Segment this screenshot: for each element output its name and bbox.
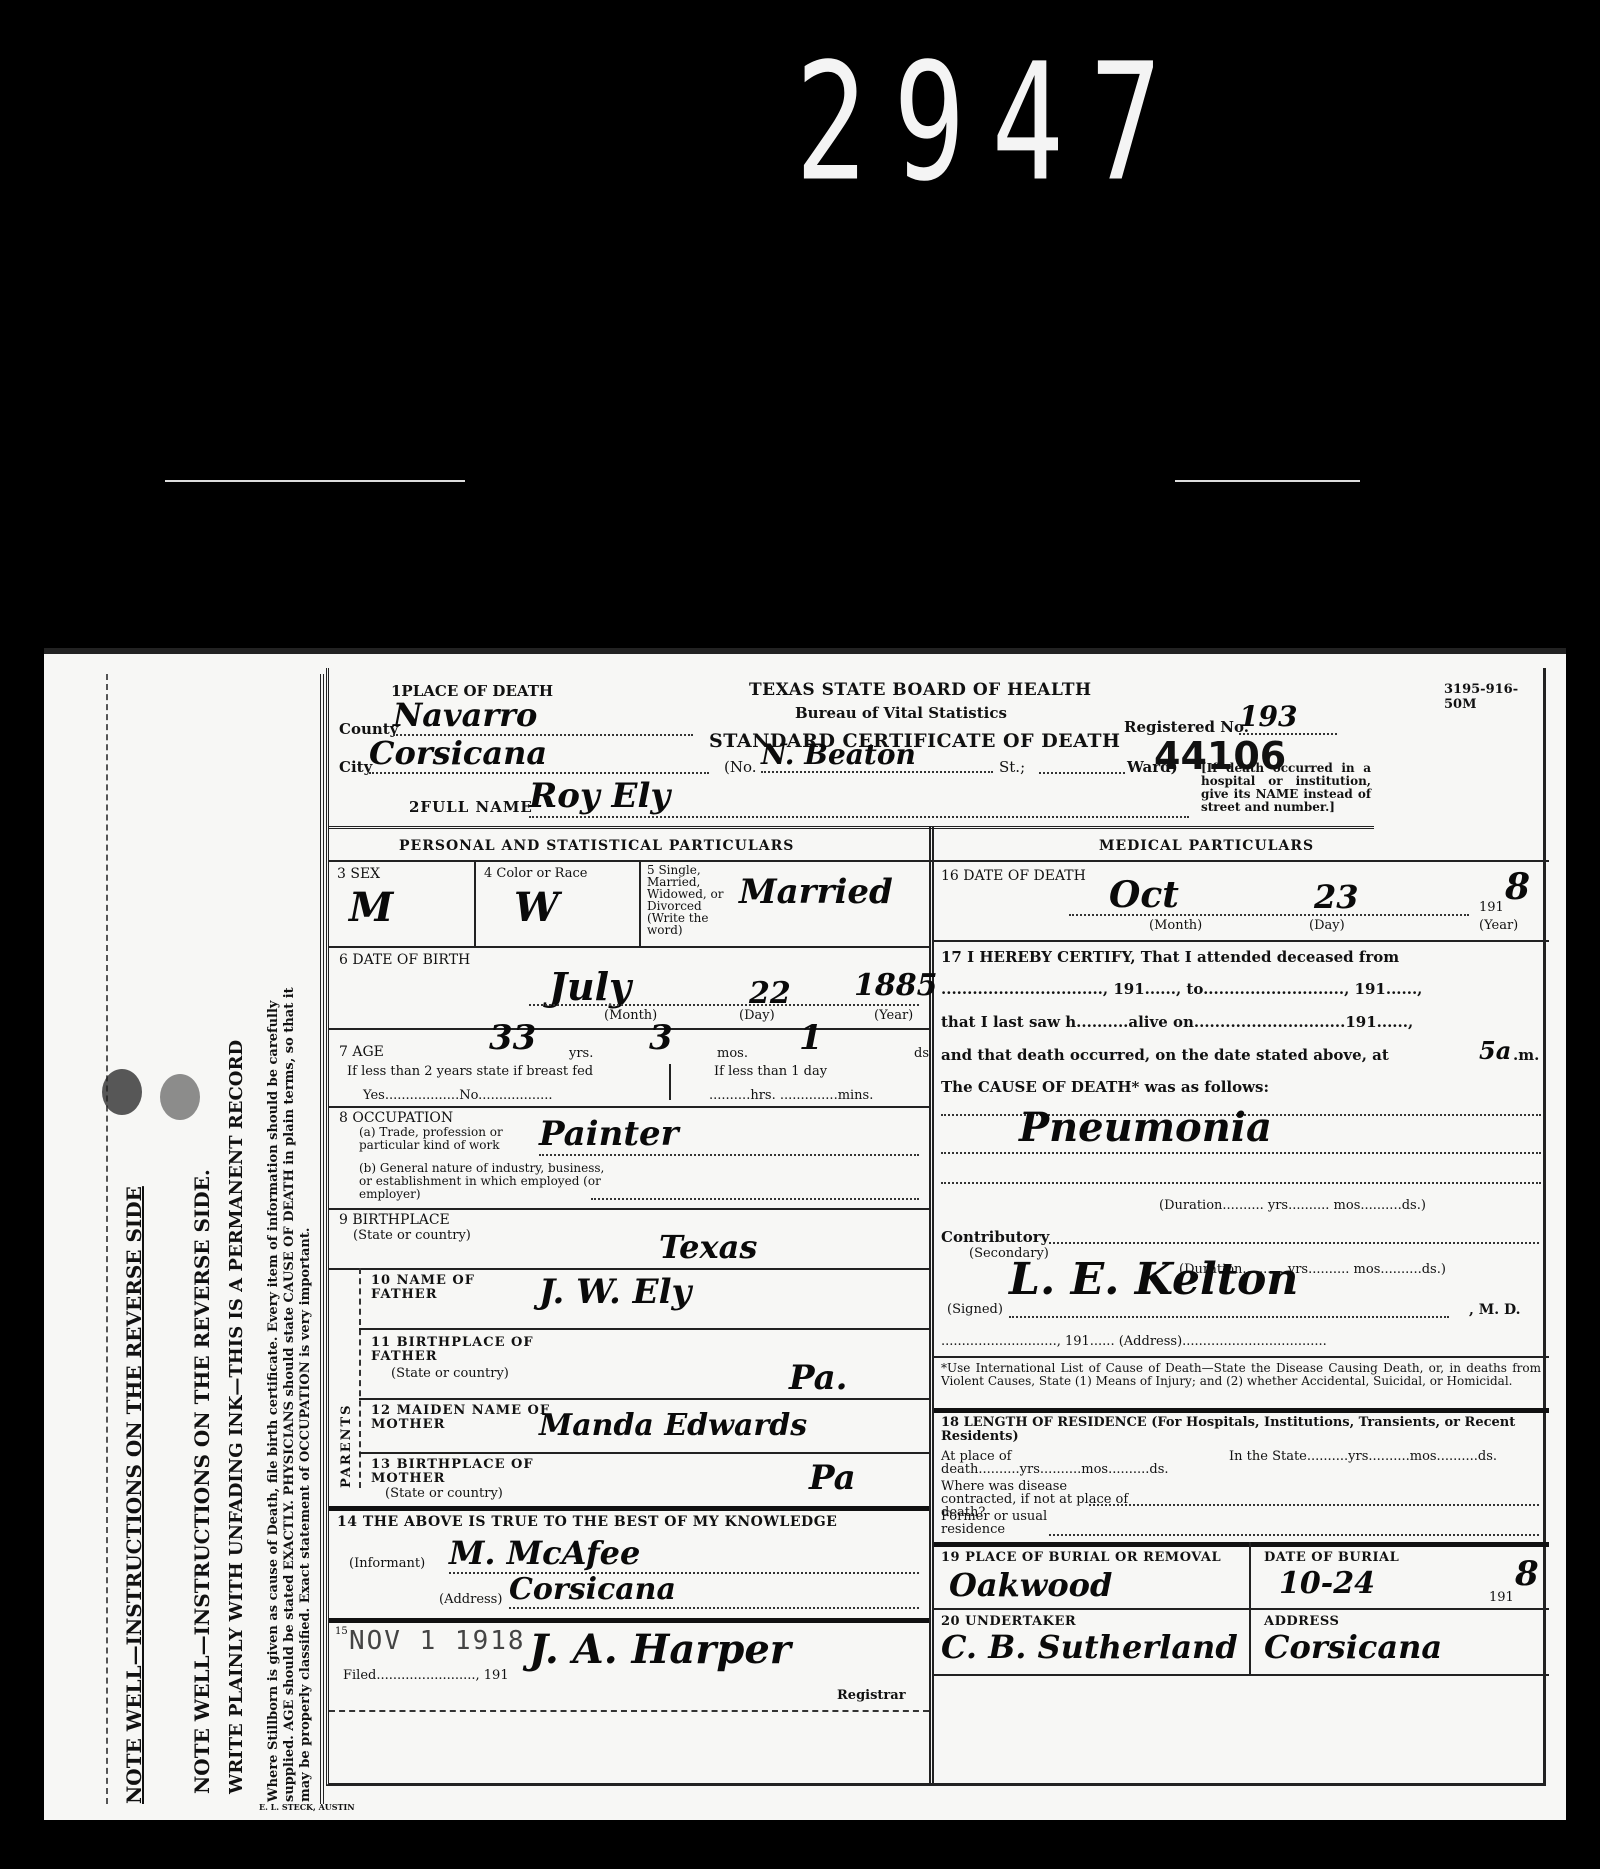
filed-label: Filed........................, 191: [343, 1668, 509, 1683]
dod-year-suffix: 8: [1505, 866, 1530, 908]
dod-month-caption: (Month): [1149, 918, 1202, 933]
mother-name-value: Manda Edwards: [539, 1408, 807, 1443]
registrar-signature: J. A. Harper: [529, 1626, 791, 1673]
father-birthplace-value: Pa.: [789, 1358, 848, 1398]
occupation-a-label: (a) Trade, profession or particular kind…: [359, 1126, 549, 1152]
registrar-label: Registrar: [837, 1688, 906, 1703]
father-birthplace-sub: (State or country): [391, 1366, 509, 1381]
board-title: TEXAS STATE BOARD OF HEALTH: [749, 680, 1092, 700]
burial-place-value: Oakwood: [949, 1566, 1112, 1604]
father-name-value: J. W. Ely: [539, 1272, 691, 1312]
divider: [329, 1028, 929, 1030]
dod-year-prefix: 191: [1479, 900, 1504, 915]
ward-blank: [1039, 772, 1125, 774]
day-caption: (Day): [739, 1008, 775, 1023]
scan-mark-left: [165, 480, 465, 482]
undertaker-value: C. B. Sutherland: [941, 1628, 1238, 1666]
certify-line-4: and that death occurred, on the date sta…: [941, 1046, 1389, 1064]
time-of-death: 5a: [1479, 1036, 1511, 1065]
dod-blank: [1069, 914, 1469, 916]
certify-line-2: ..............................., 191....…: [941, 980, 1422, 998]
divider: [934, 1608, 1549, 1610]
residence-at-place: At place of death..........yrs..........…: [941, 1450, 1241, 1476]
father-name-label: 10 NAME OF FATHER: [371, 1274, 521, 1302]
filed-date-stamp: NOV 1 1918: [349, 1626, 526, 1656]
age-years: 33: [489, 1018, 536, 1058]
full-name-value: Roy Ely: [529, 776, 1189, 818]
race-value: W: [514, 884, 559, 931]
time-suffix: .m.: [1513, 1046, 1539, 1064]
dod-label: 16 DATE OF DEATH: [941, 868, 1086, 884]
divider: [329, 1710, 929, 1712]
informant-address-value: Corsicana: [509, 1572, 919, 1609]
days-caption: ds: [914, 1046, 929, 1061]
sex-value: M: [349, 884, 393, 931]
divider: [329, 826, 1374, 829]
medical-section-title: MEDICAL PARTICULARS: [1099, 838, 1314, 854]
printer-imprint: E. L. STECK, AUSTIN: [259, 1802, 355, 1812]
contributory-blank: [1049, 1242, 1539, 1244]
scan-mark-right: [1175, 480, 1360, 482]
parents-side-label: PARENTS: [339, 1403, 354, 1488]
street-value: N. Beaton: [761, 738, 993, 773]
bureau-title: Bureau of Vital Statistics: [795, 704, 1007, 722]
divider: [934, 1542, 1549, 1547]
divider: [329, 1618, 929, 1623]
note-well-reverse: NOTE WELL—INSTRUCTIONS ON THE REVERSE SI…: [122, 804, 146, 1804]
divider: [474, 860, 476, 946]
former-residence: Former or usual residence: [941, 1510, 1061, 1536]
hospital-note: [If death occurred in a hospital or inst…: [1201, 762, 1371, 814]
occupation-value: Painter: [539, 1114, 919, 1156]
instructions-text: Where Stillborn is given as cause of Dea…: [266, 982, 314, 1802]
divider: [359, 1452, 929, 1454]
write-plainly-notice: WRITE PLAINLY WITH UNFADING INK—THIS IS …: [226, 894, 247, 1794]
dob-year: 1885: [854, 968, 938, 1003]
cause-label: The CAUSE OF DEATH* was as follows:: [941, 1078, 1269, 1096]
undertaker-address-value: Corsicana: [1264, 1628, 1442, 1666]
physician-signature: L. E. Kelton: [1009, 1254, 1298, 1305]
ward-label: Ward): [1127, 758, 1178, 776]
age-months: 3: [649, 1018, 673, 1058]
occupation-b-value: [591, 1198, 919, 1200]
burial-date-value: 10-24: [1279, 1566, 1375, 1601]
personal-section-title: PERSONAL AND STATISTICAL PARTICULARS: [399, 838, 794, 854]
dob-blank: [529, 1004, 919, 1006]
divider: [359, 1398, 929, 1400]
breast-fed-note: If less than 2 years state if breast fed: [347, 1064, 593, 1079]
informant-value: M. McAfee: [449, 1534, 919, 1574]
hrs-mins: ..........hrs. ..............mins.: [709, 1088, 873, 1103]
form-number: 3195-916-50M: [1444, 682, 1543, 712]
birthplace-label: 9 BIRTHPLACE: [339, 1212, 450, 1228]
divider: [329, 1268, 929, 1270]
certify-line-1: 17 I HEREBY CERTIFY, That I attended dec…: [941, 948, 1399, 966]
city-label: City: [339, 758, 372, 776]
duration-line-1: (Duration.......... yrs.......... mos...…: [1159, 1198, 1426, 1213]
city-value: Corsicana: [369, 734, 709, 774]
residence-in-state: In the State..........yrs..........mos..…: [1229, 1450, 1539, 1463]
batch-number: 2947: [795, 30, 1188, 218]
marital-value: Married: [739, 872, 893, 912]
undertaker-address-label: ADDRESS: [1264, 1614, 1339, 1629]
divider: [934, 1408, 1549, 1413]
certify-line-3: that I last saw h..........alive on.....…: [941, 1013, 1413, 1031]
informant-label: (Informant): [349, 1556, 425, 1571]
mother-birthplace-label: 13 BIRTHPLACE OF MOTHER: [371, 1458, 551, 1486]
divider: [934, 1674, 1549, 1676]
instruction-stub: NOTE WELL—INSTRUCTIONS ON THE REVERSE SI…: [106, 674, 324, 1804]
divider: [359, 1328, 929, 1330]
undertaker-label: 20 UNDERTAKER: [941, 1614, 1076, 1629]
dod-day: 23: [1314, 878, 1359, 916]
dod-day-caption: (Day): [1309, 918, 1345, 933]
occupation-b-label: (b) General nature of industry, business…: [359, 1162, 609, 1201]
birthplace-sub: (State or country): [353, 1228, 471, 1243]
months-caption: mos.: [717, 1046, 748, 1061]
county-value: Navarro: [393, 696, 693, 736]
date-address-line: ............................, 191...... …: [941, 1334, 1327, 1349]
death-certificate: NOTE WELL—INSTRUCTIONS ON THE REVERSE SI…: [44, 648, 1566, 1820]
former-blank: [1049, 1534, 1539, 1536]
divider: [329, 1506, 929, 1511]
signed-blank: [1009, 1316, 1449, 1318]
divider: [934, 1356, 1549, 1358]
divider: [639, 860, 641, 946]
dod-month: Oct: [1109, 874, 1179, 916]
birthplace-value: Texas: [659, 1228, 757, 1266]
divider: [329, 860, 1549, 862]
year-caption: (Year): [874, 1008, 913, 1023]
sex-label: 3 SEX: [337, 866, 380, 882]
marital-label: 5 Single, Married, Widowed, or Divorced …: [647, 864, 737, 936]
mother-birthplace-value: Pa: [809, 1458, 856, 1498]
registered-no: 193: [1239, 700, 1337, 735]
years-caption: yrs.: [569, 1046, 593, 1061]
burial-year-prefix: 191: [1489, 1590, 1514, 1605]
filing-number: 15: [335, 1626, 348, 1637]
age-label: 7 AGE: [339, 1044, 384, 1060]
cause-value: Pneumonia: [1019, 1104, 1272, 1151]
informant-statement: 14 THE ABOVE IS TRUE TO THE BEST OF MY K…: [337, 1514, 837, 1530]
divider: [669, 1064, 671, 1100]
divider: [329, 1106, 929, 1108]
divider: [329, 1208, 929, 1210]
breast-fed-yes-no: Yes..................No.................…: [363, 1088, 553, 1103]
contributory-label: Contributory: [941, 1228, 1049, 1246]
race-label: 4 Color or Race: [484, 866, 588, 881]
md-label: , M. D.: [1469, 1302, 1521, 1318]
occupation-label: 8 OCCUPATION: [339, 1110, 453, 1126]
burial-place-label: 19 PLACE OF BURIAL OR REMOVAL: [941, 1550, 1221, 1565]
street-no-label: (No.: [724, 758, 757, 776]
cause-footnote: *Use International List of Cause of Deat…: [941, 1362, 1541, 1388]
informant-address-label: (Address): [439, 1592, 502, 1607]
dob-month: July: [549, 964, 631, 1009]
dod-year-caption: (Year): [1479, 918, 1518, 933]
divider: [934, 940, 1549, 942]
note-well-reverse-2: NOTE WELL—INSTRUCTIONS ON THE REVERSE SI…: [190, 894, 214, 1794]
mother-name-label: 12 MAIDEN NAME OF MOTHER: [371, 1404, 551, 1432]
cause-blank: [941, 1182, 1541, 1184]
age-days: 1: [799, 1018, 823, 1058]
residence-label: 18 LENGTH OF RESIDENCE (For Hospitals, I…: [941, 1416, 1541, 1444]
burial-date-label: DATE OF BURIAL: [1264, 1550, 1399, 1565]
signed-label: (Signed): [947, 1302, 1003, 1317]
cause-blank: [941, 1152, 1541, 1154]
less-than-day-note: If less than 1 day: [714, 1064, 827, 1079]
full-name-label: 2FULL NAME: [409, 798, 533, 816]
mother-birthplace-sub: (State or country): [385, 1486, 503, 1501]
divider: [359, 1268, 361, 1488]
st-label: St.;: [999, 758, 1025, 776]
divider: [329, 946, 929, 948]
certificate-form: 1PLACE OF DEATH TEXAS STATE BOARD OF HEA…: [326, 668, 1546, 1786]
father-birthplace-label: 11 BIRTHPLACE OF FATHER: [371, 1336, 551, 1364]
dob-label: 6 DATE OF BIRTH: [339, 952, 470, 968]
burial-year-suffix: 8: [1515, 1554, 1539, 1594]
contracted-blank: [1089, 1504, 1539, 1506]
